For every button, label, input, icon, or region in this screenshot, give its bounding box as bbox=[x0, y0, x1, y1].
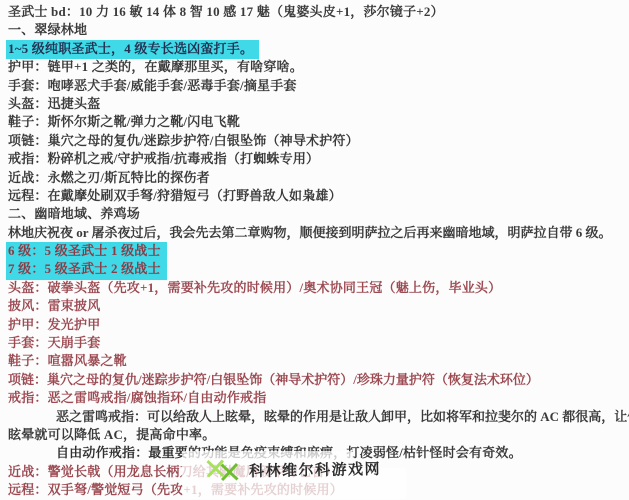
watermark-site-name: 科林维尔科游戏网 bbox=[249, 458, 381, 481]
section2-item-helmet: 头盔：破拳头盔（先攻+1，需要补先攻的时候用）/奥术协同王冠（魅上伤，毕业头） bbox=[8, 279, 629, 297]
watermark-x-front-icon: ✕ bbox=[216, 456, 242, 492]
section1-item-amulet: 项链：巢穴之母的复仇/迷踪步护符/白银坠饰（神导术护符） bbox=[8, 132, 629, 150]
watermark-xx-logo-icon: ✕ ✕ bbox=[202, 451, 253, 493]
note-thunder-ring-line2: 眩晕就可以降低 AC，提高命中率。 bbox=[8, 426, 629, 444]
section1-item-rings: 戒指：粉碎机之戒/守护戒指/抗毒戒指（打蜘蛛专用） bbox=[8, 150, 629, 168]
section2-item-gloves: 手套：天崩手套 bbox=[8, 334, 629, 352]
section1-item-armor: 护甲：链甲+1 之类的，在戴摩那里买，有啥穿啥。 bbox=[8, 58, 629, 76]
section1-item-helmet: 头盔：迅捷头盔 bbox=[8, 95, 629, 113]
level6-highlight-row: 6 级：5 级圣武士 1 级战士 bbox=[8, 242, 629, 260]
section2-item-armor: 护甲：发光护甲 bbox=[8, 316, 629, 334]
note-freedom-bold: 自由动作戒指：最重要 bbox=[56, 445, 188, 460]
highlighted-level6: 6 级：5 级圣武士 1 级战士 bbox=[6, 242, 167, 261]
section2-item-rings: 戒指：恶之雷鸣戒指/腐蚀指环/自由动作戒指 bbox=[8, 389, 629, 407]
melee-visible-start: 近战：警觉长戟（用龙息长 bbox=[8, 464, 166, 479]
document-page: 圣武士 bd：10 力 16 敏 14 体 8 智 10 感 17 魅（鬼婆头皮… bbox=[0, 0, 629, 500]
note-thunder-ring-line1: 恶之雷鸣戒指：可以给敌人上眩晕，眩晕的作用是让敌人卸甲，比如将军和拉斐尔的 AC… bbox=[8, 408, 629, 426]
section2-heading: 二、幽暗地域、养鸡场 bbox=[8, 205, 629, 223]
level7-highlight-row: 7 级：5 级圣武士 2 级战士 bbox=[8, 260, 629, 278]
section1-item-gloves: 手套：咆哮恶犬手套/威能手套/恶毒手套/摘星手套 bbox=[8, 77, 629, 95]
highlighted-build-note: 1~5 级纯职圣武士，4 级专长选凶蛮打手。 bbox=[6, 40, 259, 59]
section2-intro: 林地庆祝夜 or 屠杀夜过后，我会先去第二章购物，顺便接到明萨拉之后再来幽暗地域… bbox=[8, 224, 629, 242]
section2-item-boots: 鞋子：喧嚣风暴之靴 bbox=[8, 352, 629, 370]
section1-item-melee: 近战：永燃之刃/斯瓦特比的探伤者 bbox=[8, 169, 629, 187]
highlighted-level7: 7 级：5 级圣武士 2 级战士 bbox=[6, 260, 167, 279]
section2-item-amulet: 项链：巢穴之母的复仇/迷踪步护符/白银坠饰（神导术护符）/珍珠力量护符（恢复法术… bbox=[8, 371, 629, 389]
section1-heading: 一、翠绿林地 bbox=[8, 21, 629, 39]
section1-item-ranged: 远程：在戴摩处刷双手弩/狩猎短弓（打野兽敌人如枭雄） bbox=[8, 187, 629, 205]
section2-item-cloak: 披风：雷束披风 bbox=[8, 297, 629, 315]
ranged-visible-start: 远程：双手弩/警觉短弓（先 bbox=[8, 482, 170, 497]
section1-item-boots: 鞋子：斯怀尔斯之靴/弹力之靴/闪电飞靴 bbox=[8, 113, 629, 131]
section1-highlight-row: 1~5 级纯职圣武士，4 级专长选凶蛮打手。 bbox=[8, 40, 629, 58]
stat-line: 圣武士 bd：10 力 16 敏 14 体 8 智 10 感 17 魅（鬼婆头皮… bbox=[8, 3, 629, 21]
